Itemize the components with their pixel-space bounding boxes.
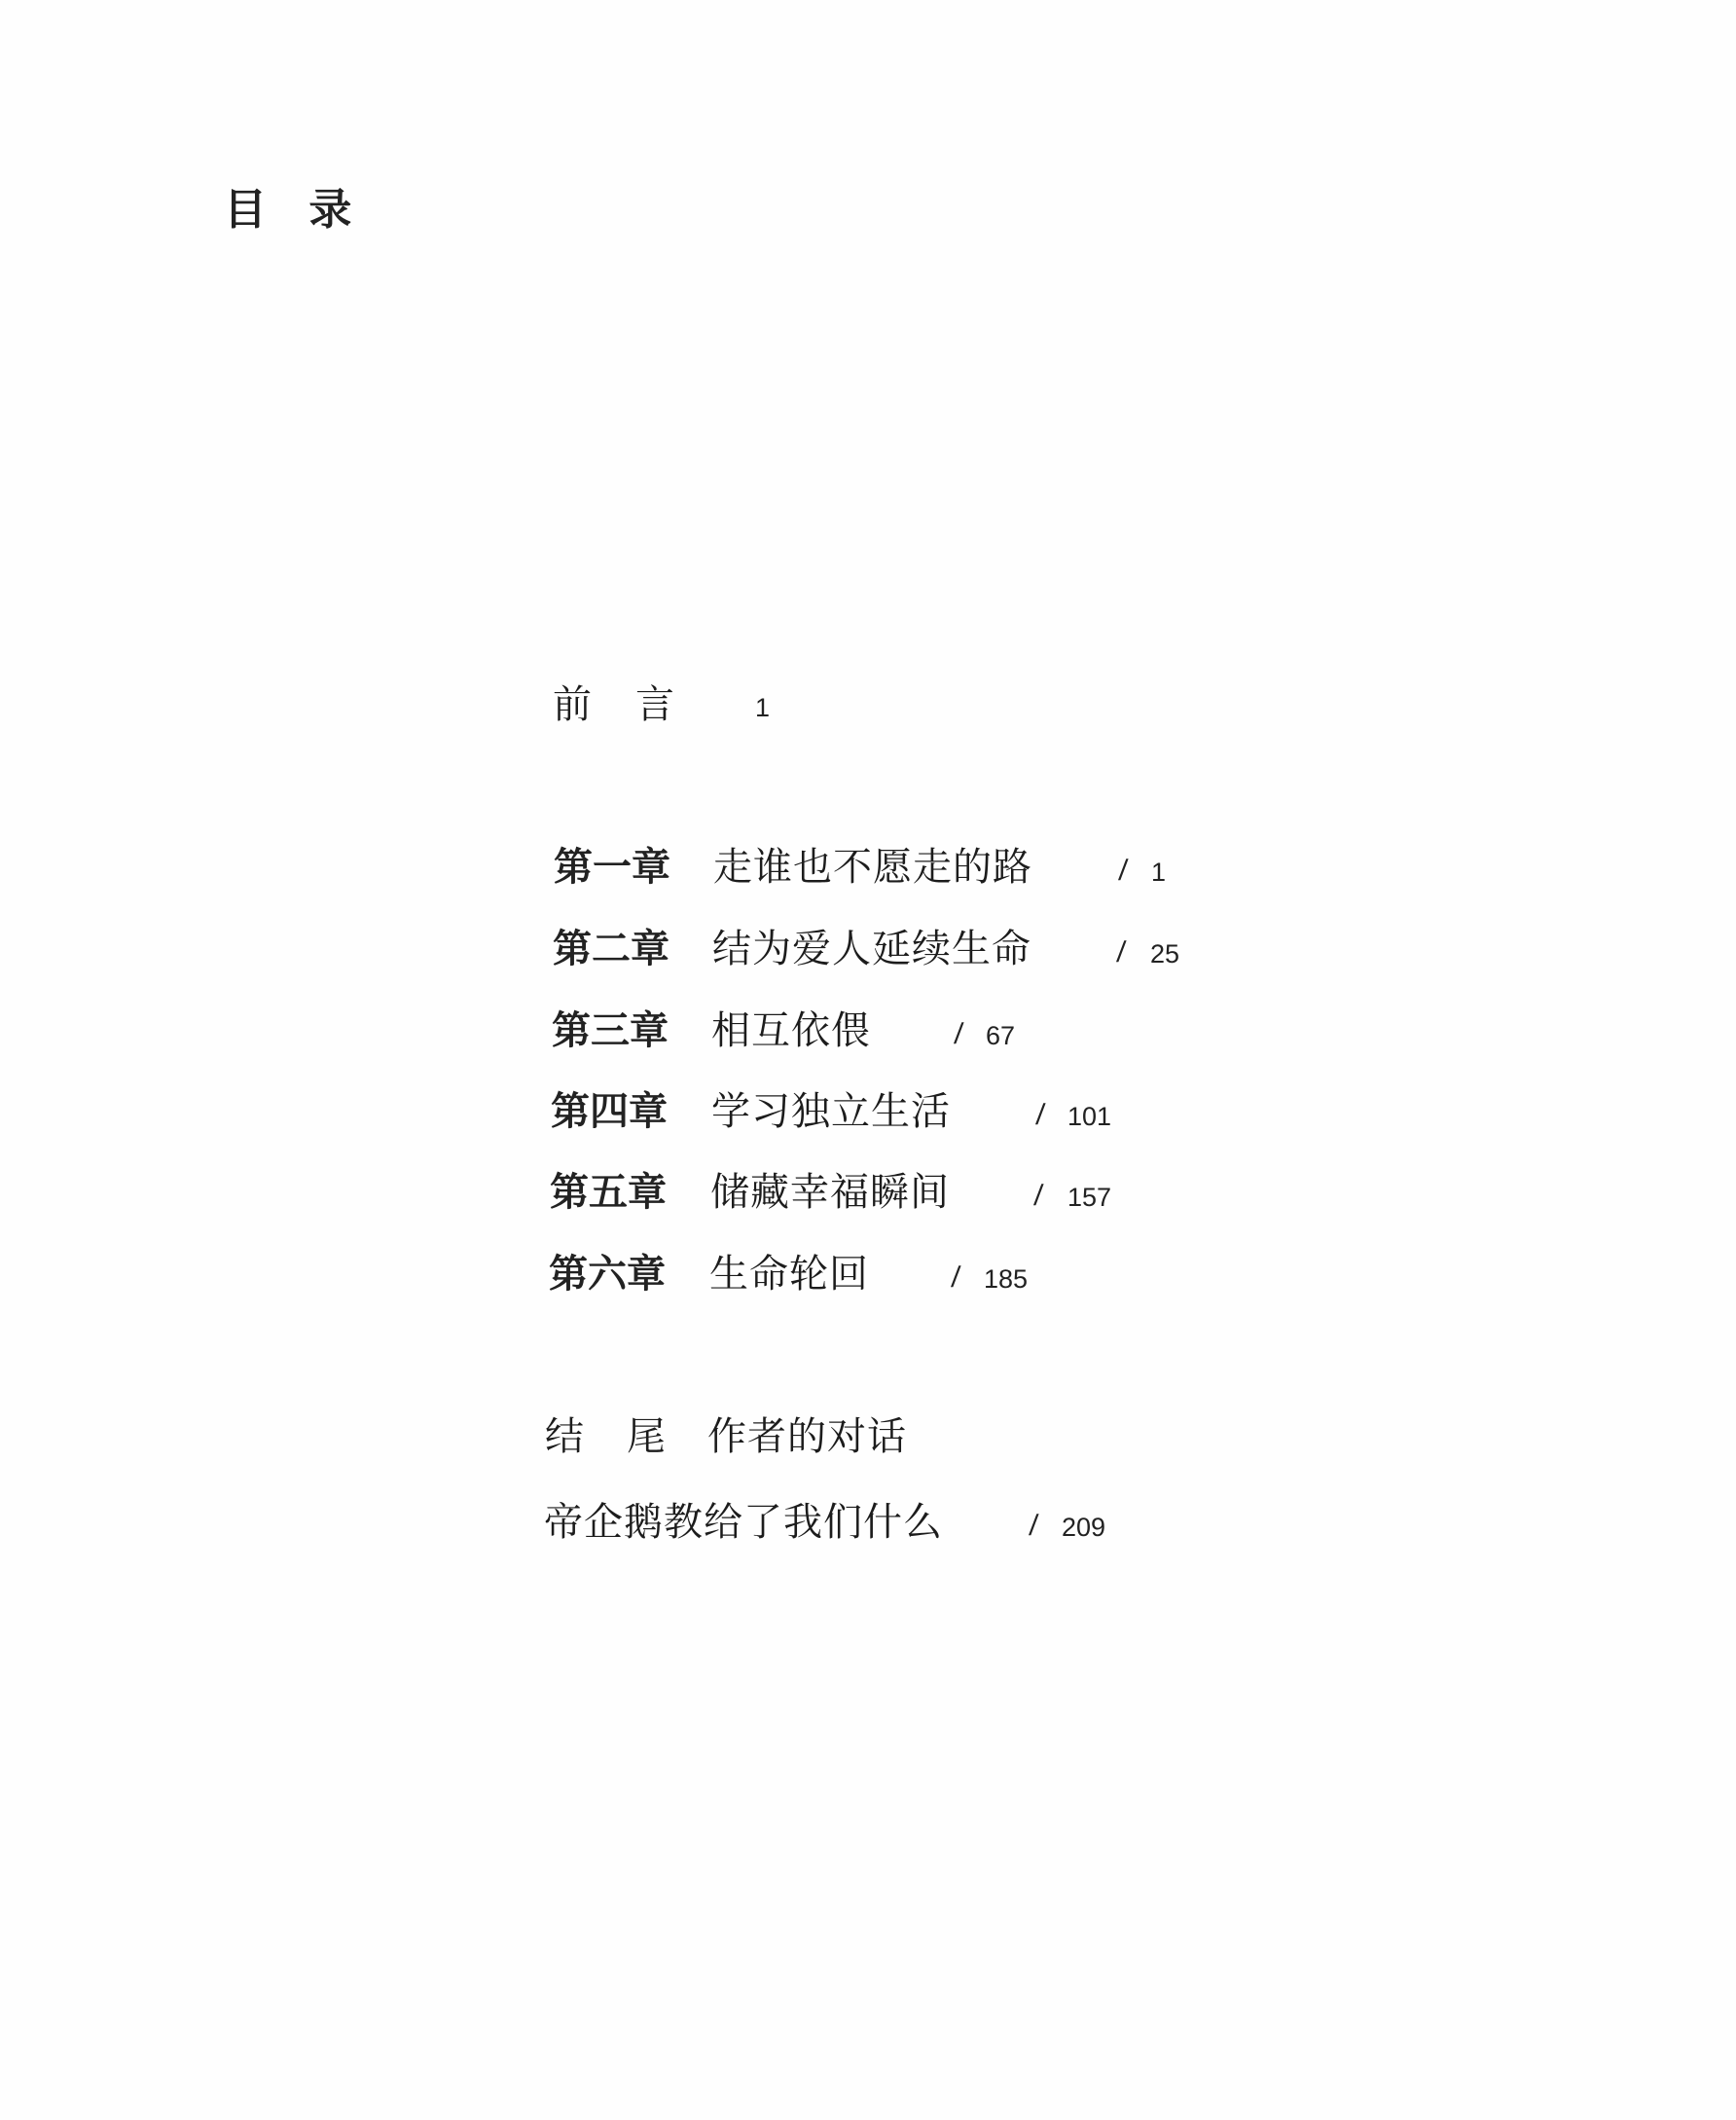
toc-entry-chapter-1[interactable]: 第一章 走谁也不愿走的路 / 1 (0, 844, 1736, 891)
toc-title: 目 录 (224, 181, 365, 239)
book-page: 目 录 前 言 1 第一章 走谁也不愿走的路 / 1 第二章 结为爱人延续生命 … (0, 0, 1736, 2120)
ending-label-second-char: 尾 (627, 1413, 667, 1460)
page-separator: / (953, 1017, 964, 1052)
preface-page-number: 1 (755, 693, 770, 722)
chapter-title: 储藏幸福瞬间 (710, 1169, 950, 1216)
ending-label-first-char: 结 (545, 1413, 585, 1460)
page-separator: / (1028, 1509, 1039, 1544)
chapter-label: 第四章 (551, 1088, 668, 1135)
chapter-title: 学习独立生活 (711, 1088, 951, 1135)
preface-label-second-char: 言 (635, 681, 675, 728)
chapter-title: 相互依偎 (711, 1007, 871, 1054)
chapter-title: 生命轮回 (709, 1251, 869, 1298)
toc-ending-heading: 结 尾 作者的对话 (0, 1413, 1736, 1460)
page-separator: / (1032, 1179, 1044, 1214)
toc-entry-chapter-4[interactable]: 第四章 学习独立生活 / 101 (0, 1088, 1736, 1135)
ending-page-number: 209 (1062, 1513, 1105, 1542)
page-separator: / (1034, 1098, 1046, 1133)
toc-entry-ending[interactable]: 帝企鹅教给了我们什么 / 209 (0, 1499, 1736, 1546)
chapter-title: 结为爱人延续生命 (712, 926, 1031, 972)
toc-entry-chapter-6[interactable]: 第六章 生命轮回 / 185 (0, 1251, 1736, 1298)
chapter-label: 第二章 (553, 926, 669, 972)
toc-entry-chapter-5[interactable]: 第五章 储藏幸福瞬间 / 157 (0, 1169, 1736, 1216)
chapter-label: 第六章 (549, 1251, 666, 1298)
chapter-title: 走谁也不愿走的路 (713, 844, 1032, 891)
chapter-page-number: 157 (1067, 1183, 1111, 1212)
ending-heading: 作者的对话 (707, 1413, 907, 1460)
chapter-page-number: 1 (1151, 858, 1166, 887)
chapter-page-number: 185 (984, 1264, 1028, 1294)
page-separator: / (1117, 854, 1129, 889)
chapter-label: 第五章 (550, 1169, 667, 1216)
toc-entry-chapter-3[interactable]: 第三章 相互依偎 / 67 (0, 1007, 1736, 1054)
chapter-page-number: 67 (986, 1021, 1015, 1050)
chapter-page-number: 25 (1150, 939, 1179, 969)
chapter-label: 第三章 (552, 1007, 669, 1054)
ending-subtitle: 帝企鹅教给了我们什么 (544, 1499, 943, 1546)
page-separator: / (950, 1261, 961, 1296)
chapter-label: 第一章 (554, 844, 670, 891)
toc-entry-chapter-2[interactable]: 第二章 结为爱人延续生命 / 25 (0, 926, 1736, 972)
toc-entry-preface[interactable]: 前 言 1 (0, 681, 1736, 728)
preface-label-first-char: 前 (553, 681, 593, 728)
chapter-page-number: 101 (1067, 1102, 1111, 1131)
page-separator: / (1115, 935, 1127, 970)
